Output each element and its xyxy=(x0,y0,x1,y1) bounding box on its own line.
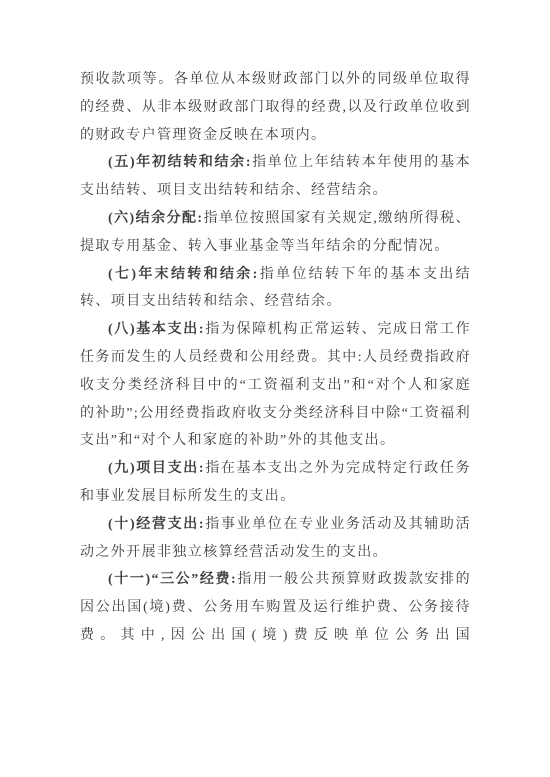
term-label: (五)年初结转和结余: xyxy=(108,155,252,170)
definition-paragraph-7: (七)年末结转和结余:指单位结转下年的基本支出结转、项目支出结转和结余、经营结余… xyxy=(80,261,471,317)
definition-paragraph-8: (八)基本支出:指为保障机构正常运转、完成日常工作任务而发生的人员经费和公用经费… xyxy=(80,316,471,455)
term-label: (九)项目支出: xyxy=(108,461,205,476)
definition-paragraph-10: (十)经营支出:指事业单位在专业业务活动及其辅助活动之外开展非独立核算经营活动发… xyxy=(80,511,471,567)
term-label: (十)经营支出: xyxy=(108,517,205,532)
definition-paragraph-5: (五)年初结转和结余:指单位上年结转本年使用的基本支出结转、项目支出结转和结余、… xyxy=(80,149,471,205)
continuation-paragraph: 预收款项等。各单位从本级财政部门以外的同级单位取得的经费、从非本级财政部门取得的… xyxy=(80,66,471,149)
definition-paragraph-9: (九)项目支出:指在基本支出之外为完成特定行政任务和事业发展目标所发生的支出。 xyxy=(80,455,471,511)
paragraph-text: 预收款项等。各单位从本级财政部门以外的同级单位取得的经费、从非本级财政部门取得的… xyxy=(80,72,471,143)
term-label: (六)结余分配: xyxy=(108,211,204,226)
term-label: (七)年末结转和结余: xyxy=(108,267,259,282)
definition-paragraph-11: (十一)“三公”经费:指用一般公共预算财政拨款安排的因公出国(境)费、公务用车购… xyxy=(80,566,471,649)
paragraph-text: 指为保障机构正常运转、完成日常工作任务而发生的人员经费和公用经费。其中:人员经费… xyxy=(80,322,471,448)
document-body: 预收款项等。各单位从本级财政部门以外的同级单位取得的经费、从非本级财政部门取得的… xyxy=(80,66,471,650)
term-label: (十一)“三公”经费: xyxy=(108,572,237,587)
document-page: 预收款项等。各单位从本级财政部门以外的同级单位取得的经费、从非本级财政部门取得的… xyxy=(0,0,550,777)
definition-paragraph-6: (六)结余分配:指单位按照国家有关规定,缴纳所得税、提取专用基金、转入事业基金等… xyxy=(80,205,471,261)
term-label: (八)基本支出: xyxy=(108,322,205,337)
